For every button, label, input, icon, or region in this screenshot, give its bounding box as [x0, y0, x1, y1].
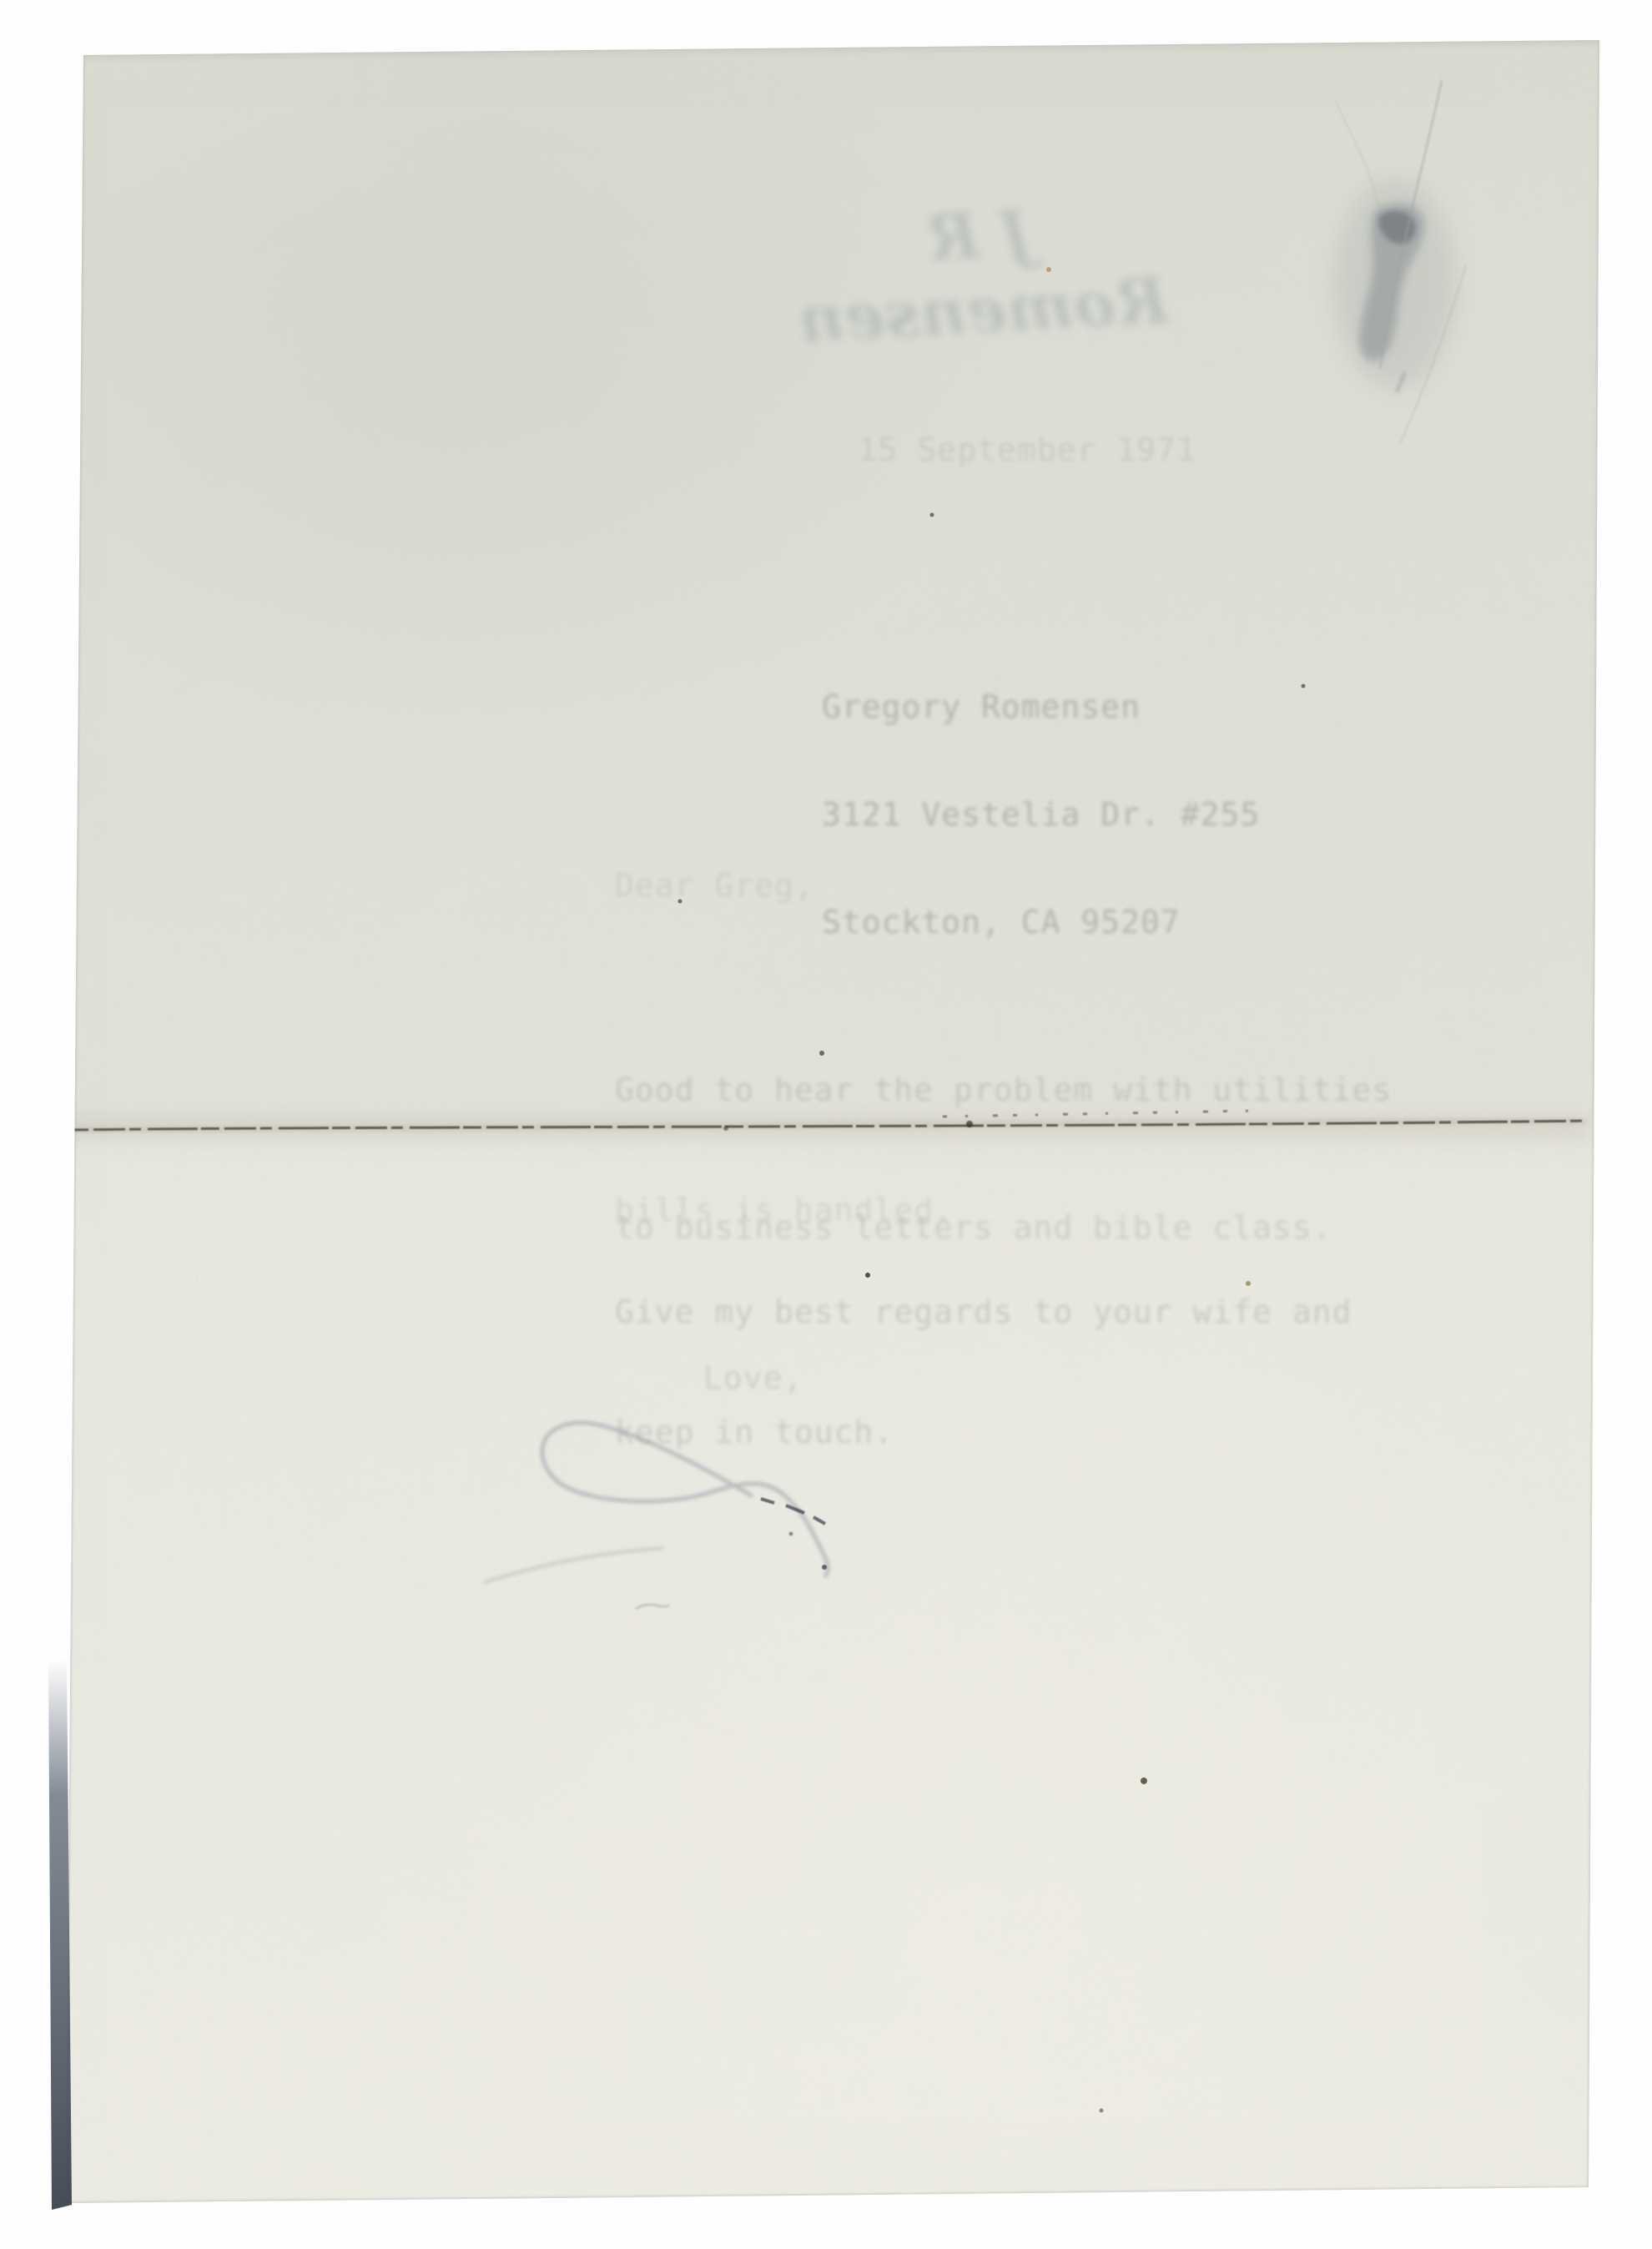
edge-strip-layer	[0, 0, 1652, 2249]
scanned-letter-verso: J R Romensen 15 September 1971 Gregory R…	[0, 0, 1652, 2249]
edge-strip	[48, 1659, 72, 2210]
